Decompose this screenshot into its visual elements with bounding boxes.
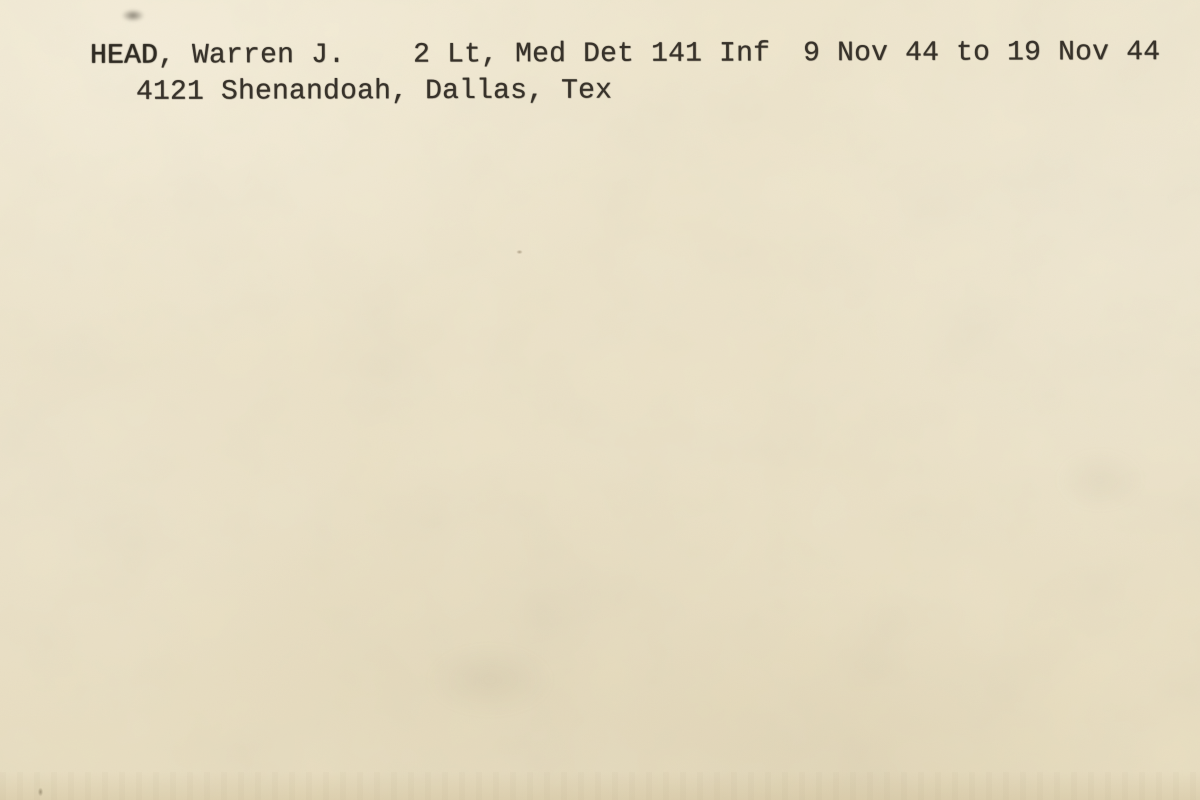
paper-speck [37, 786, 44, 798]
service-dates-text: 9 Nov 44 to 19 Nov 44 [803, 37, 1160, 69]
ink-smudge [117, 7, 149, 24]
paper-speck [515, 249, 524, 255]
index-card: HEAD, Warren J.2 Lt, Med Det 141 Inf9 No… [0, 0, 1200, 800]
record-line-2: 4121 Shenandoah, Dallas, Tex [68, 41, 612, 144]
card-bottom-edge [0, 772, 1200, 800]
address-text: 4121 Shenandoah, Dallas, Tex [136, 76, 612, 108]
paper-smudge [400, 630, 580, 730]
paper-smudge [1040, 440, 1160, 520]
